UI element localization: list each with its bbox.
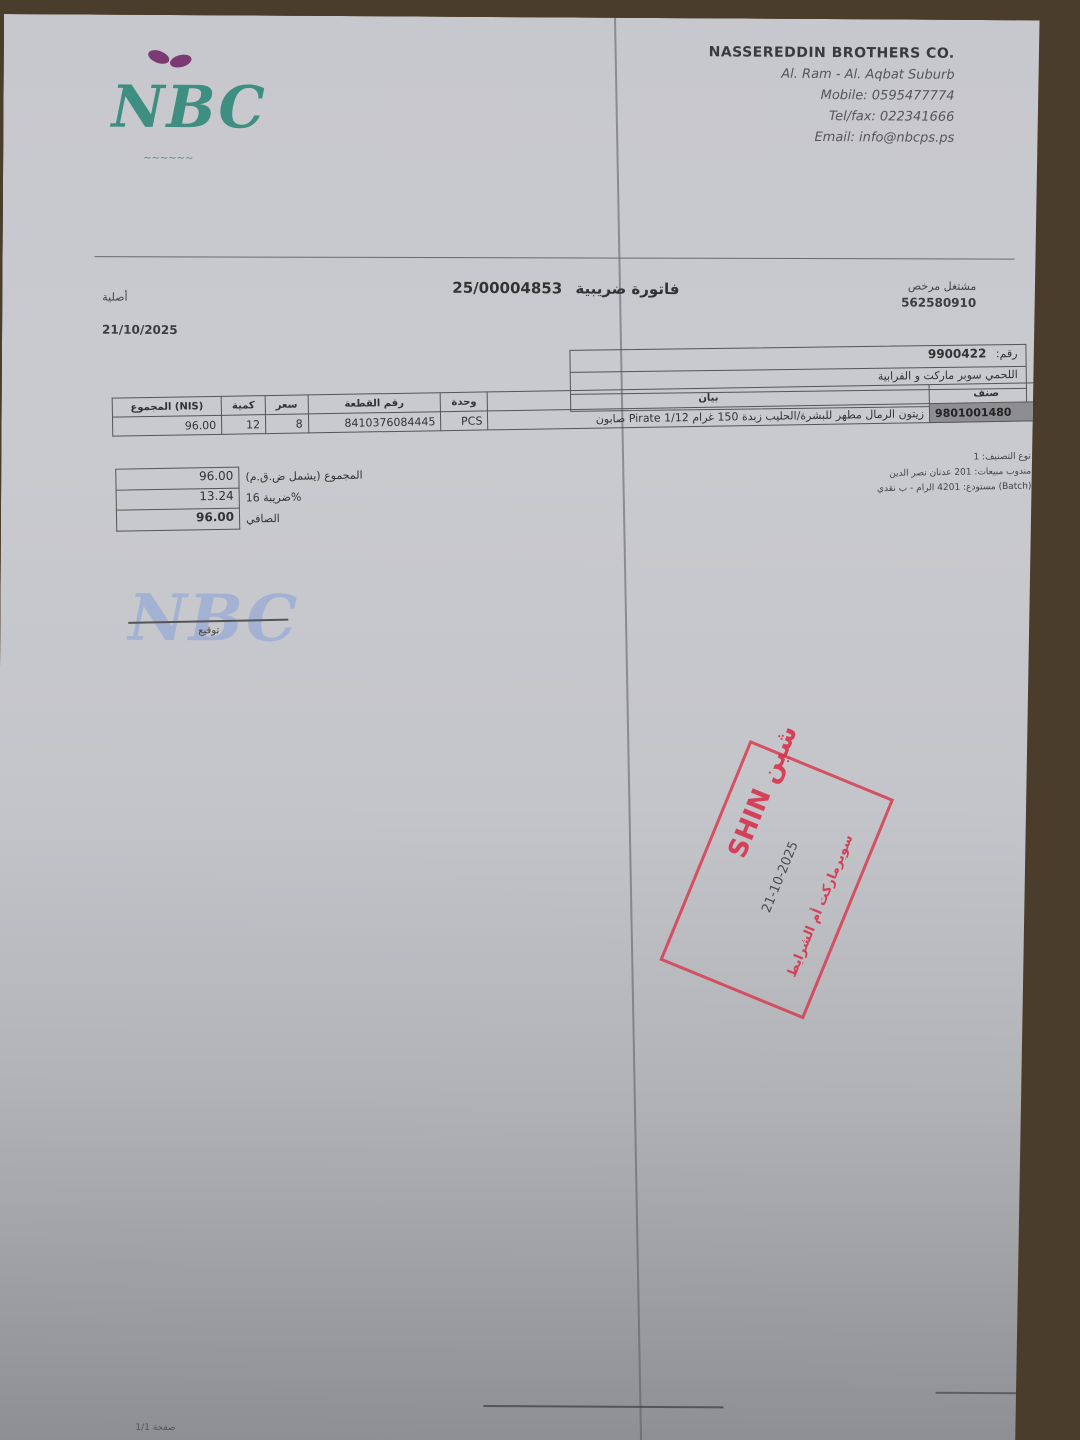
total-net-label: الصافي bbox=[246, 512, 280, 526]
footer-line bbox=[483, 1405, 723, 1408]
signature-label: توقيع bbox=[198, 625, 219, 636]
company-address: Al. Ram - Al. Aqbat Suburb bbox=[708, 63, 954, 86]
invoice-notes: نوع التصنيف: 1 مندوب مبيعات: 201 عدنان ن… bbox=[791, 450, 1032, 499]
total-tax-value: 13.24 bbox=[116, 488, 240, 511]
row-qty: 12 bbox=[222, 415, 266, 435]
row-barcode: 8410376084445 bbox=[308, 412, 441, 433]
stamp-brand-arabic: شين bbox=[753, 721, 803, 788]
company-email: Email: info@nbcps.ps bbox=[708, 126, 954, 149]
company-mobile: Mobile: 0595477774 bbox=[708, 84, 954, 107]
note-line: مستودع: 4201 الرام - ب نقدي (Batch) bbox=[791, 480, 1031, 499]
row-unit: PCS bbox=[441, 411, 488, 431]
company-logo: NBC ~~~~~~ bbox=[103, 45, 264, 176]
header-divider bbox=[95, 256, 1015, 259]
logo-tagline: ~~~~~~ bbox=[143, 153, 193, 164]
stamp-brand-latin: SHIN bbox=[723, 784, 778, 862]
header-total: المجموع (NIS) bbox=[112, 396, 221, 417]
totals-block: 96.00 المجموع (يشمل ض.ق.م) 13.24 ضريبة 1… bbox=[115, 465, 363, 532]
total-gross-label: المجموع (يشمل ض.ق.م) bbox=[245, 469, 362, 484]
invoice-title: 25/00004853 فاتورة ضريبية bbox=[452, 279, 679, 298]
row-price: 8 bbox=[265, 414, 308, 434]
stamp-date: 21-10-2025 bbox=[759, 839, 802, 915]
page-number: 1/1 صفحة bbox=[135, 1423, 175, 1433]
row-total: 96.00 bbox=[112, 415, 221, 436]
customer-code: 9900422 bbox=[928, 346, 987, 361]
copy-label: أصلية bbox=[102, 291, 127, 304]
tax-id: 562580910 bbox=[901, 295, 976, 309]
invoice-paper: NBC ~~~~~~ NASSEREDDIN BROTHERS CO. Al. … bbox=[0, 14, 1050, 1440]
leaf-icon bbox=[146, 47, 171, 66]
header-price: سعر bbox=[265, 395, 308, 415]
invoice-title-text: فاتورة ضريبية bbox=[575, 279, 679, 298]
company-info: NASSEREDDIN BROTHERS CO. Al. Ram - Al. A… bbox=[708, 42, 955, 149]
customer-code-label: رقم: bbox=[996, 347, 1018, 360]
logo-text: NBC bbox=[111, 73, 267, 142]
total-row-net: 96.00 الصافي bbox=[116, 507, 364, 532]
header-barcode: رقم القطعة bbox=[308, 393, 441, 414]
tax-id-label: مشتغل مرخص bbox=[908, 280, 976, 293]
invoice-number: 25/00004853 bbox=[452, 279, 562, 298]
leaf-icon bbox=[169, 52, 193, 69]
company-name: NASSEREDDIN BROTHERS CO. bbox=[709, 42, 955, 65]
company-telfax: Tel/fax: 022341666 bbox=[708, 105, 954, 128]
paper-fold-line bbox=[614, 18, 642, 1440]
header-item-code: صنف bbox=[929, 383, 1043, 404]
customer-receipt-stamp: SHIN شين 21-10-2025 سوبرماركت أم الشرايط bbox=[659, 740, 894, 1019]
total-gross-value: 96.00 bbox=[115, 466, 239, 490]
invoice-date: 21/10/2025 bbox=[102, 323, 178, 337]
row-item-code: 9801001480 bbox=[929, 402, 1043, 423]
total-net-value: 96.00 bbox=[116, 509, 240, 532]
header-qty: كمية bbox=[221, 396, 265, 416]
total-tax-label: ضريبة 16% bbox=[246, 491, 302, 505]
header-unit: وحدة bbox=[440, 392, 487, 412]
items-table: المجموع (NIS) كمية سعر رقم القطعة وحدة ب… bbox=[112, 382, 1045, 436]
